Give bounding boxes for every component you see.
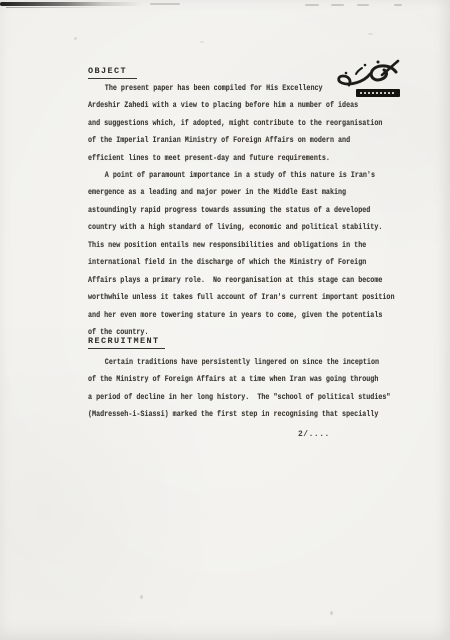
scan-dash [394,4,402,6]
scan-streak-top-left-thin [6,7,102,8]
text-line: A point of paramount importance in a stu… [88,162,394,180]
scan-speck [140,595,143,599]
scanned-document-page: OBJECT The present paper has been compil… [0,0,450,640]
text-line: of the country. [88,320,394,338]
scan-speck [368,33,373,35]
scan-dash [150,3,180,5]
text-line: Ardeshir Zahedi with a view to placing b… [88,93,382,111]
text-line: worthwhile unless it takes full account … [88,285,394,303]
text-line: astoundingly rapid progress towards assu… [88,197,394,215]
scan-speck [74,37,77,40]
scan-dash [331,4,344,6]
text-line: and her even more towering stature in ye… [88,302,394,320]
text-line: country with a high standard of living, … [88,215,394,233]
scan-dash [357,4,369,6]
scan-streak-top-left [0,2,142,6]
text-line: international field in the discharge of … [88,250,394,268]
text-line: efficient lines to meet present-day and … [88,145,382,163]
text-line: This new position entails new responsibi… [88,232,394,250]
text-line: and suggestions which, if adopted, might… [88,110,382,128]
paragraph-2: A point of paramount importance in a stu… [88,162,450,337]
scan-speck [200,41,204,43]
text-line: of the Imperial Iranian Ministry of Fore… [88,128,382,146]
page-continuation-marker: 2/.... [298,430,330,439]
text-line: a period of decline in her long history.… [88,384,390,402]
text-line: Certain traditions have persistently lin… [88,349,390,367]
paragraph-3: Certain traditions have persistently lin… [88,349,448,419]
scan-speck [330,611,333,615]
text-line: Affairs plays a primary role. No reorgan… [88,267,394,285]
section-heading-recruitment: RECRUITMENT [88,336,165,349]
text-line: of the Ministry of Foreign Affairs at a … [88,367,390,385]
paragraph-1: The present paper has been compiled for … [88,75,438,163]
scan-dash [305,4,319,6]
text-line: The present paper has been compiled for … [88,75,382,93]
text-line: emergence as a leading and major power i… [88,180,394,198]
text-line: (Madresseh-i-Siassi) marked the first st… [88,402,390,420]
